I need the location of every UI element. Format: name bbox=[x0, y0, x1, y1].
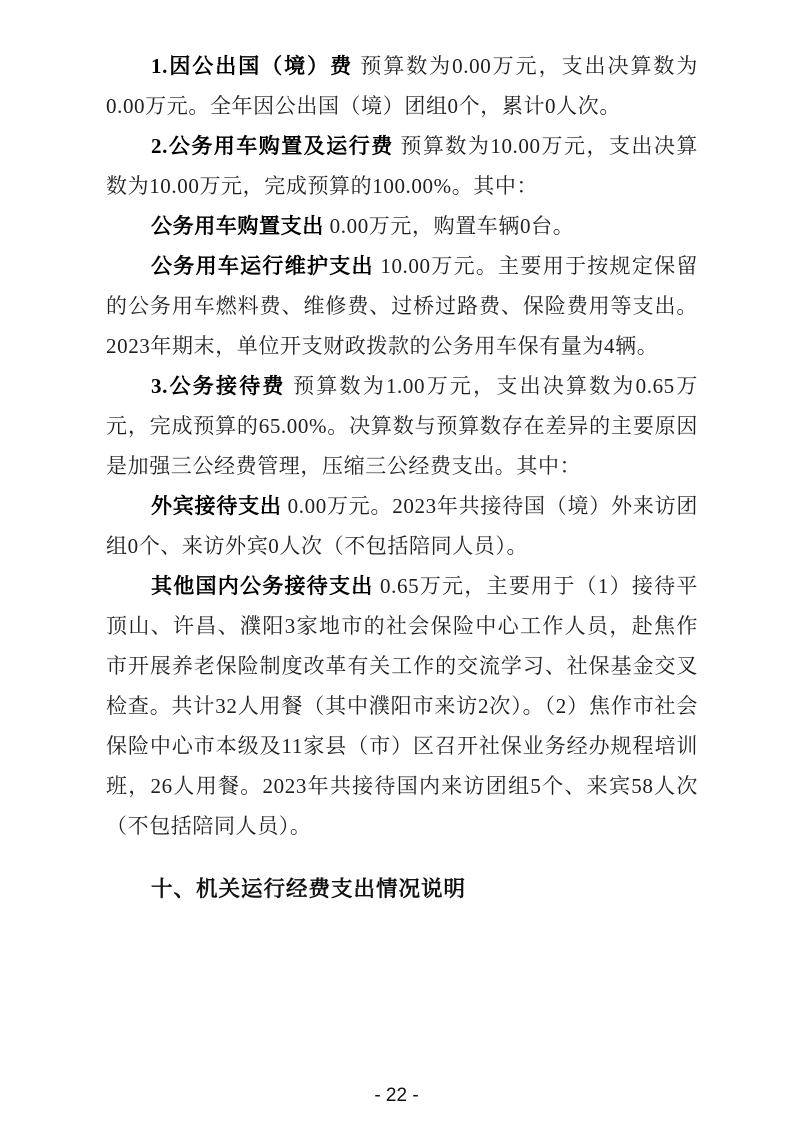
para-vehicle-maintenance-expense: 公务用车运行维护支出 10.00万元。主要用于按规定保留的公务用车燃料费、维修费… bbox=[106, 246, 698, 366]
para-3-official-reception-fee: 3.公务接待费 预算数为1.00万元，支出决算数为0.65万元，完成预算的65.… bbox=[106, 366, 698, 486]
para-vehicle-purchase-label: 公务用车购置支出 bbox=[151, 214, 324, 238]
para-foreign-guest-reception: 外宾接待支出 0.00万元。2023年共接待国（境）外来访团组0个、来访外宾0人… bbox=[106, 486, 698, 566]
para-3-label: 3.公务接待费 bbox=[151, 374, 286, 398]
para-vehicle-purchase-expense: 公务用车购置支出 0.00万元，购置车辆0台。 bbox=[106, 206, 698, 246]
para-1-outbound-travel-fee: 1.因公出国（境）费 预算数为0.00万元，支出决算数为0.00万元。全年因公出… bbox=[106, 46, 698, 126]
para-vehicle-purchase-text: 0.00万元，购置车辆0台。 bbox=[324, 214, 575, 238]
para-domestic-reception-label: 其他国内公务接待支出 bbox=[151, 574, 374, 598]
para-1-label: 1.因公出国（境）费 bbox=[151, 54, 353, 78]
para-2-vehicle-purchase-operation-fee: 2.公务用车购置及运行费 预算数为10.00万元，支出决算数为10.00万元，完… bbox=[106, 126, 698, 206]
para-domestic-reception-text: 0.65万元，主要用于（1）接待平顶山、许昌、濮阳3家地市的社会保险中心工作人员… bbox=[106, 574, 698, 838]
para-foreign-guest-label: 外宾接待支出 bbox=[151, 494, 282, 518]
para-2-label: 2.公务用车购置及运行费 bbox=[151, 134, 394, 158]
para-domestic-reception: 其他国内公务接待支出 0.65万元，主要用于（1）接待平顶山、许昌、濮阳3家地市… bbox=[106, 566, 698, 846]
para-vehicle-maintenance-label: 公务用车运行维护支出 bbox=[151, 254, 374, 278]
document-body: 1.因公出国（境）费 预算数为0.00万元，支出决算数为0.00万元。全年因公出… bbox=[106, 46, 698, 904]
page-number: - 22 - bbox=[0, 1086, 793, 1106]
section-heading-operating-expenses: 十、机关运行经费支出情况说明 bbox=[106, 874, 698, 904]
document-page: 1.因公出国（境）费 预算数为0.00万元，支出决算数为0.00万元。全年因公出… bbox=[0, 0, 793, 1122]
